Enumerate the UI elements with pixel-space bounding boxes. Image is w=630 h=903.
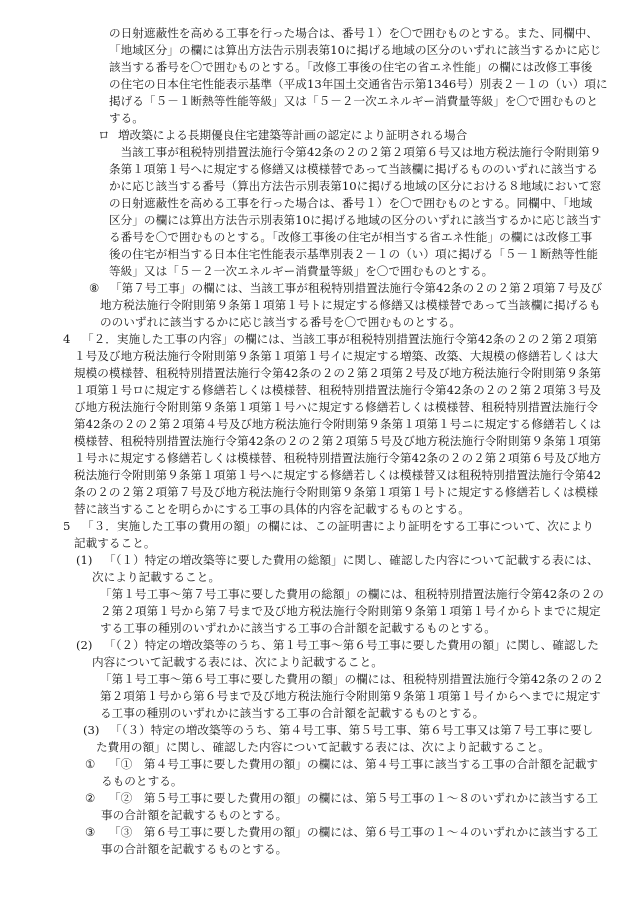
text-line: 区分」の欄には算出方法告示別表第10に掲げる地域の区分のいずれに該当するかに応じ… [109, 212, 601, 228]
text-line: 掲げる「５－１断熱等性能等級」又は「５－２一次エネルギー消費量等級」を〇で囲むも… [109, 93, 598, 109]
text-line: る番号を〇で囲むものとする。「改修工事後の住宅が相当する省エネ性能」の欄には改修… [109, 229, 592, 245]
text-line: 当該工事が租税特別措置法施行令第42条の２の２第２項第６号又は地方税法施行令附則… [109, 144, 601, 160]
text-line: る工事の種別のいずれかに該当する工事の合計額を記載するものとする。 [100, 705, 484, 721]
text-line: 条第１項第１号へに規定する修繕又は模様替であって当該欄に掲げるもののいずれに該当… [109, 161, 598, 177]
text-line: 後の住宅が相当する日本住宅性能表示基準別表２－１の（い）項に掲げる「５－１断熱等… [109, 246, 598, 262]
text-line: １項第１号ロに規定する修繕若しくは模様替、租税特別措置法施行令第42条の２の２第… [74, 382, 601, 398]
text-line: 「第１号工事～第７号工事に要した費用の総額」の欄には、租税特別措置法施行令第42… [100, 586, 604, 602]
text-line: るものとする。 [101, 773, 183, 789]
list-marker: ⑧ [89, 280, 99, 296]
text-line: 第42条の２の２第２項第４号及び地方税法施行令附則第９条第１項第１号ニに規定する… [74, 416, 601, 432]
text-line: た費用の額」に関し、確認した内容について記載する表には、次により記載すること。 [96, 739, 550, 755]
text-line: 「（２）特定の増改築等のうち、第１号工事～第６号工事に要した費用の額」に関し、確… [104, 637, 599, 653]
section-number: 4 [63, 331, 70, 347]
text-line: 「第１号工事～第６号工事に要した費用の額」の欄には、租税特別措置法施行令第42条… [100, 671, 604, 687]
text-line: び地方税法施行令附則第９条第１項第１号ハに規定する修繕若しくは模様替、租税特別措… [74, 399, 598, 415]
text-line: 条の２の２第２項第７号及び地方税法施行令附則第９条第１項第１号トに規定する修繕若… [74, 484, 598, 500]
text-line: ２第２項第１号から第７号まで及び地方税法施行令附則第９条第１項第１号イからトまで… [100, 603, 601, 619]
text-line: 「２．実施した工事の内容」の欄には、当該工事が租税特別措置法施行令第42条の２の… [82, 331, 598, 347]
text-line: の日射遮蔽性を高める工事を行った場合は、番号１）を〇で囲むものとする。また、同欄… [109, 25, 598, 41]
text-line: 「３．実施した工事の費用の額」の欄には、この証明書により証明をする工事について、… [82, 518, 594, 534]
text-line: する工事の種別のいずれかに該当する工事の合計額を記載するものとする。 [100, 620, 496, 636]
list-marker: ② [85, 790, 95, 806]
text-line: 規模の模様替、租税特別措置法施行令第42条の２の２第２項第２号及び地方税法施行令… [74, 365, 601, 381]
text-line: 「地域区分」の欄には算出方法告示別表第10に掲げる地域の区分のいずれに該当するか… [109, 42, 601, 58]
text-line: 「① 第４号工事に要した費用の額」の欄には、第４号工事に該当する工事の合計額を記… [109, 756, 598, 772]
list-marker: ロ [98, 127, 110, 143]
text-line: 「② 第５号工事に要した費用の額」の欄には、第５号工事の１～８のいずれかに該当す… [109, 790, 598, 806]
text-line: 税法施行令附則第９条第１項第１号へに規定する修繕若しくは模様替又は租税特別措置法… [74, 467, 601, 483]
text-line: 内容について記載する表には、次により記載すること。 [92, 654, 383, 670]
text-line: ののいずれに該当するかに応じ該当する番号を〇で囲むものとする。 [100, 314, 461, 330]
section-number: 5 [63, 518, 70, 534]
text-line: 次により記載すること。 [92, 569, 220, 585]
document-page: の日射遮蔽性を高める工事を行った場合は、番号１）を〇で囲むものとする。また、同欄… [0, 0, 630, 903]
text-line: かに応じ該当する番号（算出方法告示別表第10に掲げる地域の区分における８地域にお… [109, 178, 601, 194]
text-line: 事の合計額を記載するものとする。 [101, 807, 287, 823]
text-line: の日射遮蔽性を高める工事を行った場合は、番号１）を〇で囲むものとする。同欄中、「… [109, 195, 592, 211]
text-line: 第２項第１号から第６号まで及び地方税法施行令附則第９条第１項第１号イからへまでに… [100, 688, 601, 704]
text-line: 「（３）特定の増改築等のうち、第４号工事、第５号工事、第６号工事又は第７号工事に… [110, 722, 593, 738]
text-line: 「（１）特定の増改築等に要した費用の総額」に関し、確認した内容について記載する表… [104, 552, 599, 568]
text-line: 記載すること。 [74, 535, 156, 551]
list-marker: (1) [76, 552, 92, 568]
list-marker: ① [85, 756, 95, 772]
text-line: 地方税法施行令附則第９条第１項第１号トに規定する修繕又は模様替であって当該欄に掲… [100, 297, 601, 313]
subsection-heading: 増改築による長期優良住宅建築等計画の認定により証明される場合 [118, 127, 467, 143]
list-marker: (2) [76, 637, 92, 653]
text-line: する。 [109, 110, 144, 126]
text-line: 該当する番号を〇で囲むものとする。「改修工事後の住宅の省エネ性能」の欄には改修工… [109, 59, 592, 75]
text-line: 事の合計額を記載するものとする。 [101, 841, 287, 857]
text-line: 模様替、租税特別措置法施行令第42条の２の２第２項第５号及び地方税法施行令附則第… [74, 433, 601, 449]
text-line: 「第７号工事」の欄には、当該工事が租税特別措置法施行令第42条の２の２第２項第７… [110, 280, 602, 296]
text-line: 「③ 第６号工事に要した費用の額」の欄には、第６号工事の１～４のいずれかに該当す… [109, 824, 598, 840]
list-marker: (3) [83, 722, 99, 738]
text-line: 等級」又は「５－２一次エネルギー消費量等級」を〇で囲むものとする。 [109, 263, 493, 279]
text-line: 替に該当することを明らかにする工事の具体的内容を記載するものとする。 [74, 501, 470, 517]
list-marker: ③ [85, 824, 95, 840]
text-line: １号ホに規定する修繕若しくは模様替、租税特別措置法施行令第42条の２の２第２項第… [74, 450, 601, 466]
text-line: の住宅の日本住宅性能表示基準（平成13年国土交通省告示第1346号）別表２－１の… [109, 76, 608, 92]
text-line: １号及び地方税法施行令附則第９条第１項第１号イに規定する増築、改築、大規模の修繕… [74, 348, 598, 364]
